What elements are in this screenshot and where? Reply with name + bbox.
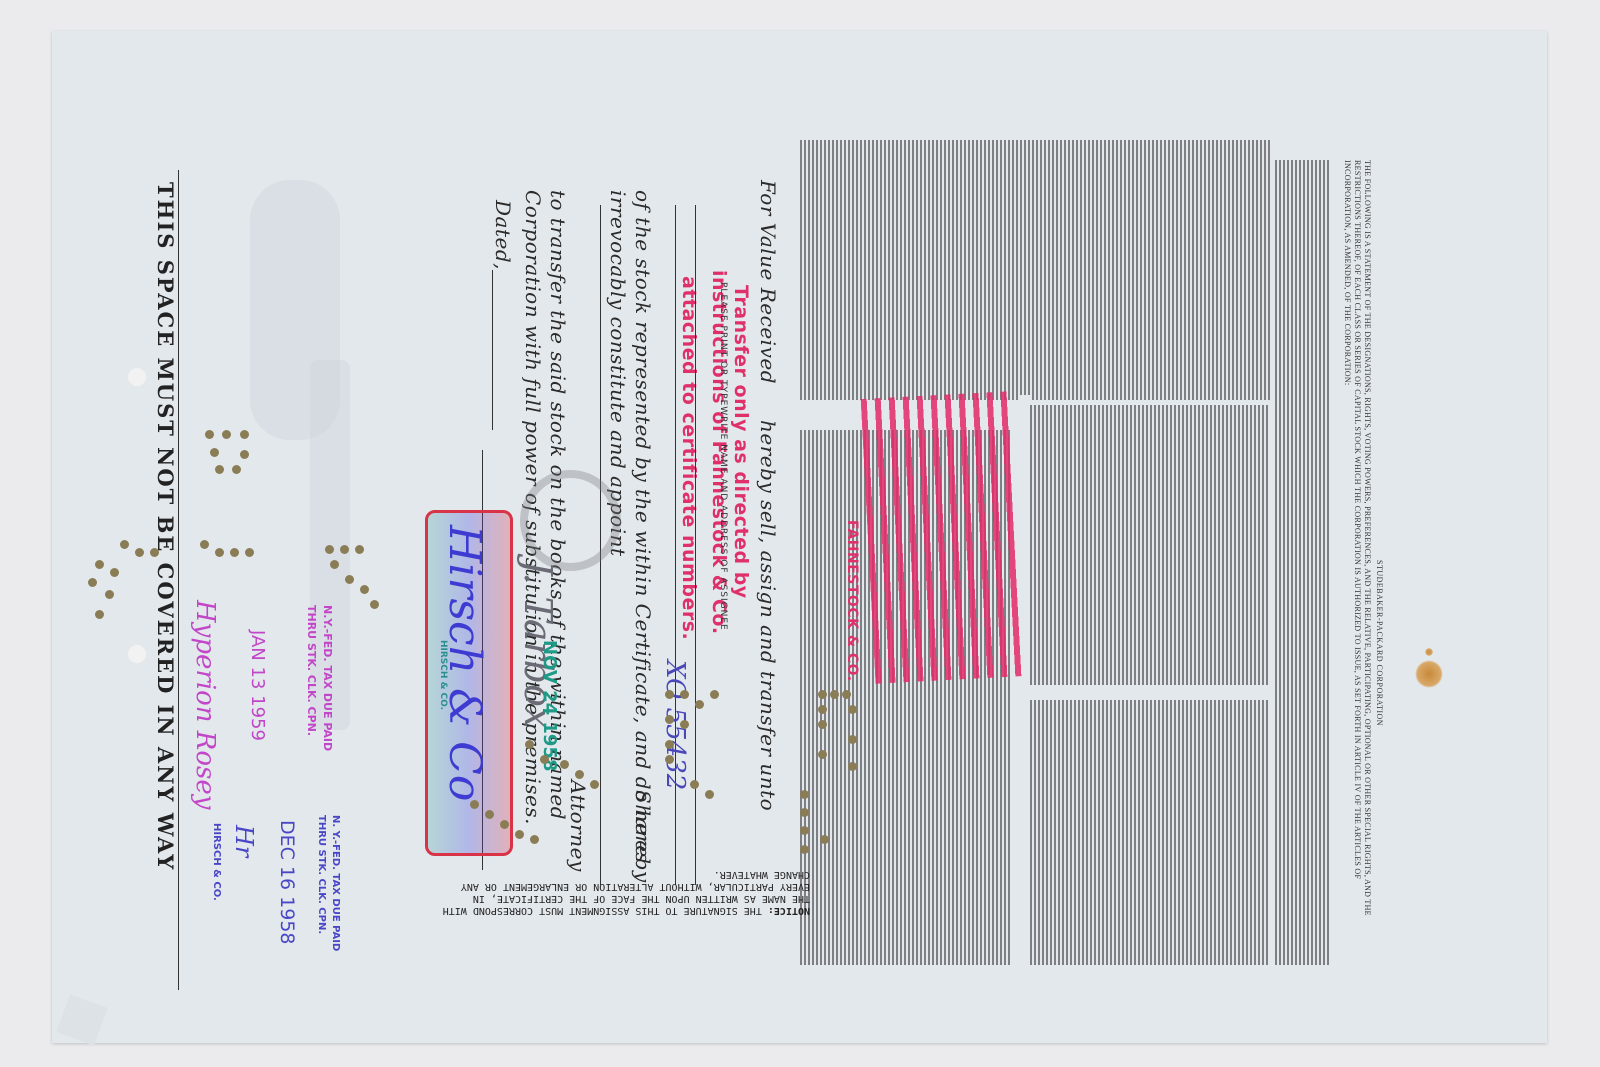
perforation-hole — [665, 690, 674, 699]
perforation-hole — [818, 705, 827, 714]
purple-signature: Hyperion Rosey — [190, 600, 220, 809]
perforation-hole — [500, 820, 509, 829]
perforation-hole — [360, 585, 369, 594]
corporation-name: STUDEBAKER-PACKARD CORPORATION — [1375, 560, 1384, 726]
perforation-hole — [705, 790, 714, 799]
signature-notice: NOTICE: THE SIGNATURE TO THIS ASSIGNMENT… — [440, 868, 810, 916]
perforation-hole — [848, 762, 857, 771]
perforation-hole — [820, 835, 829, 844]
margin-rule — [178, 170, 179, 990]
perforation-hole — [135, 548, 144, 557]
perforation-hole — [830, 690, 839, 699]
perforation-hole — [340, 545, 349, 554]
blue-initials: Hr — [230, 825, 258, 857]
legal-text-block — [1030, 405, 1270, 685]
perforation-hole — [818, 690, 827, 699]
perforation-hole — [818, 720, 827, 729]
perforation-hole — [470, 800, 479, 809]
perforation-hole — [800, 845, 809, 854]
perforation-hole — [560, 760, 569, 769]
perforation-hole — [818, 750, 827, 759]
perforation-hole — [325, 545, 334, 554]
perforation-hole — [680, 720, 689, 729]
perforation-hole — [95, 560, 104, 569]
for-value-received: For Value Received — [756, 180, 780, 384]
shares-label: Shares — [631, 790, 655, 863]
perforation-hole — [245, 548, 254, 557]
perforation-hole — [590, 780, 599, 789]
perforation-hole — [575, 770, 584, 779]
perforation-hole — [88, 578, 97, 587]
perforation-hole — [485, 810, 494, 819]
perforation-hole — [800, 808, 809, 817]
overprint-line-1: Transfer only as directed by — [730, 285, 752, 599]
tax-stamp-purple: N.Y.-FED. TAX DUE PAID THRU STK. CLK. CP… — [303, 605, 335, 751]
perforation-hole — [848, 735, 857, 744]
rust-stain — [1425, 648, 1433, 656]
rust-stain — [1415, 660, 1443, 688]
perforation-hole — [680, 690, 689, 699]
statement-header-line: INCORPORATION, AS AMENDED, OF THE CORPOR… — [1342, 160, 1352, 916]
notice-title: NOTICE: — [768, 905, 810, 916]
tax-stamp-date-dec: DEC 16 1958 — [276, 820, 298, 945]
legal-text-block — [800, 140, 1270, 400]
perforation-hole — [690, 780, 699, 789]
perforation-hole — [665, 715, 674, 724]
perforation-hole — [232, 465, 241, 474]
notice-text: THE SIGNATURE TO THIS ASSIGNMENT MUST CO… — [443, 869, 810, 916]
statement-header: THE FOLLOWING IS A STATEMENT OF THE DESI… — [1342, 160, 1372, 916]
statement-header-line: THE FOLLOWING IS A STATEMENT OF THE DESI… — [1362, 160, 1372, 916]
tax-stamp-date-jan: JAN 13 1959 — [247, 630, 268, 741]
perforation-hole — [515, 830, 524, 839]
statement-header-line: RESTRICTIONS THEREOF, OF EACH CLASS OR S… — [1352, 160, 1362, 916]
perforation-hole — [240, 430, 249, 439]
legal-text-block — [1030, 700, 1270, 965]
perforation-hole — [330, 560, 339, 569]
tax-stamp-blue: N. Y.-FED. TAX DUE PAID THRU STK. CLK. C… — [314, 815, 342, 951]
perforation-hole — [848, 705, 857, 714]
perforation-hole — [530, 835, 539, 844]
tax-stamp-line: N. Y.-FED. TAX DUE PAID — [328, 815, 342, 951]
assign-transfer: hereby sell, assign and transfer unto — [756, 420, 780, 811]
perforation-hole — [695, 700, 704, 709]
legal-text-block — [1275, 160, 1330, 965]
dated-rule — [492, 270, 493, 430]
perforation-hole — [355, 545, 364, 554]
perforation-hole — [710, 690, 719, 699]
perforation-hole — [95, 610, 104, 619]
fahnestock-stamp: FAHNESTOCK & CO. — [844, 520, 860, 682]
overprint-line-3: attached to certificate numbers. — [678, 276, 700, 640]
perforation-hole — [200, 540, 209, 549]
dated-label: Dated, — [491, 200, 515, 270]
perforation-hole — [525, 740, 534, 749]
perforation-hole — [215, 548, 224, 557]
perforation-hole — [800, 790, 809, 799]
perforation-hole — [205, 430, 214, 439]
tax-stamp-line: N.Y.-FED. TAX DUE PAID — [319, 605, 335, 751]
perforation-hole — [210, 448, 219, 457]
perforation-hole — [240, 450, 249, 459]
perforation-hole — [230, 548, 239, 557]
tax-stamp-line: THRU STK. CLK. CPN. — [314, 815, 328, 951]
guarantee-firm: HIRSCH & CO. — [438, 640, 448, 710]
binder-hole — [128, 645, 146, 663]
perforation-hole — [665, 755, 674, 764]
date-stamp-nov: NOV 24 1958 — [539, 640, 560, 772]
perforation-hole — [150, 548, 159, 557]
perforation-hole — [222, 430, 231, 439]
binder-hole — [128, 368, 146, 386]
perforation-hole — [665, 740, 674, 749]
stock-line: of the stock represented by the within C… — [631, 190, 655, 883]
perforation-hole — [110, 568, 119, 577]
margin-notice: THIS SPACE MUST NOT BE COVERED IN ANY WA… — [153, 182, 178, 871]
perforation-hole — [370, 600, 379, 609]
perforation-hole — [215, 465, 224, 474]
assignee-caption: PLEASE PRINT OR TYPEWRITE NAME AND ADDRE… — [718, 282, 728, 631]
notary-seal — [520, 470, 621, 571]
perforation-hole — [800, 826, 809, 835]
fahnestock-text-stamp — [861, 391, 1026, 683]
tax-stamp-line: THRU STK. CLK. CPN. — [303, 605, 319, 751]
perforation-hole — [540, 755, 549, 764]
perforation-hole — [842, 690, 851, 699]
perforation-hole — [345, 575, 354, 584]
tax-stamp-firm: HIRSCH & CO. — [211, 823, 222, 901]
perforation-hole — [105, 590, 114, 599]
column-gap — [1020, 395, 1030, 965]
perforation-hole — [120, 540, 129, 549]
